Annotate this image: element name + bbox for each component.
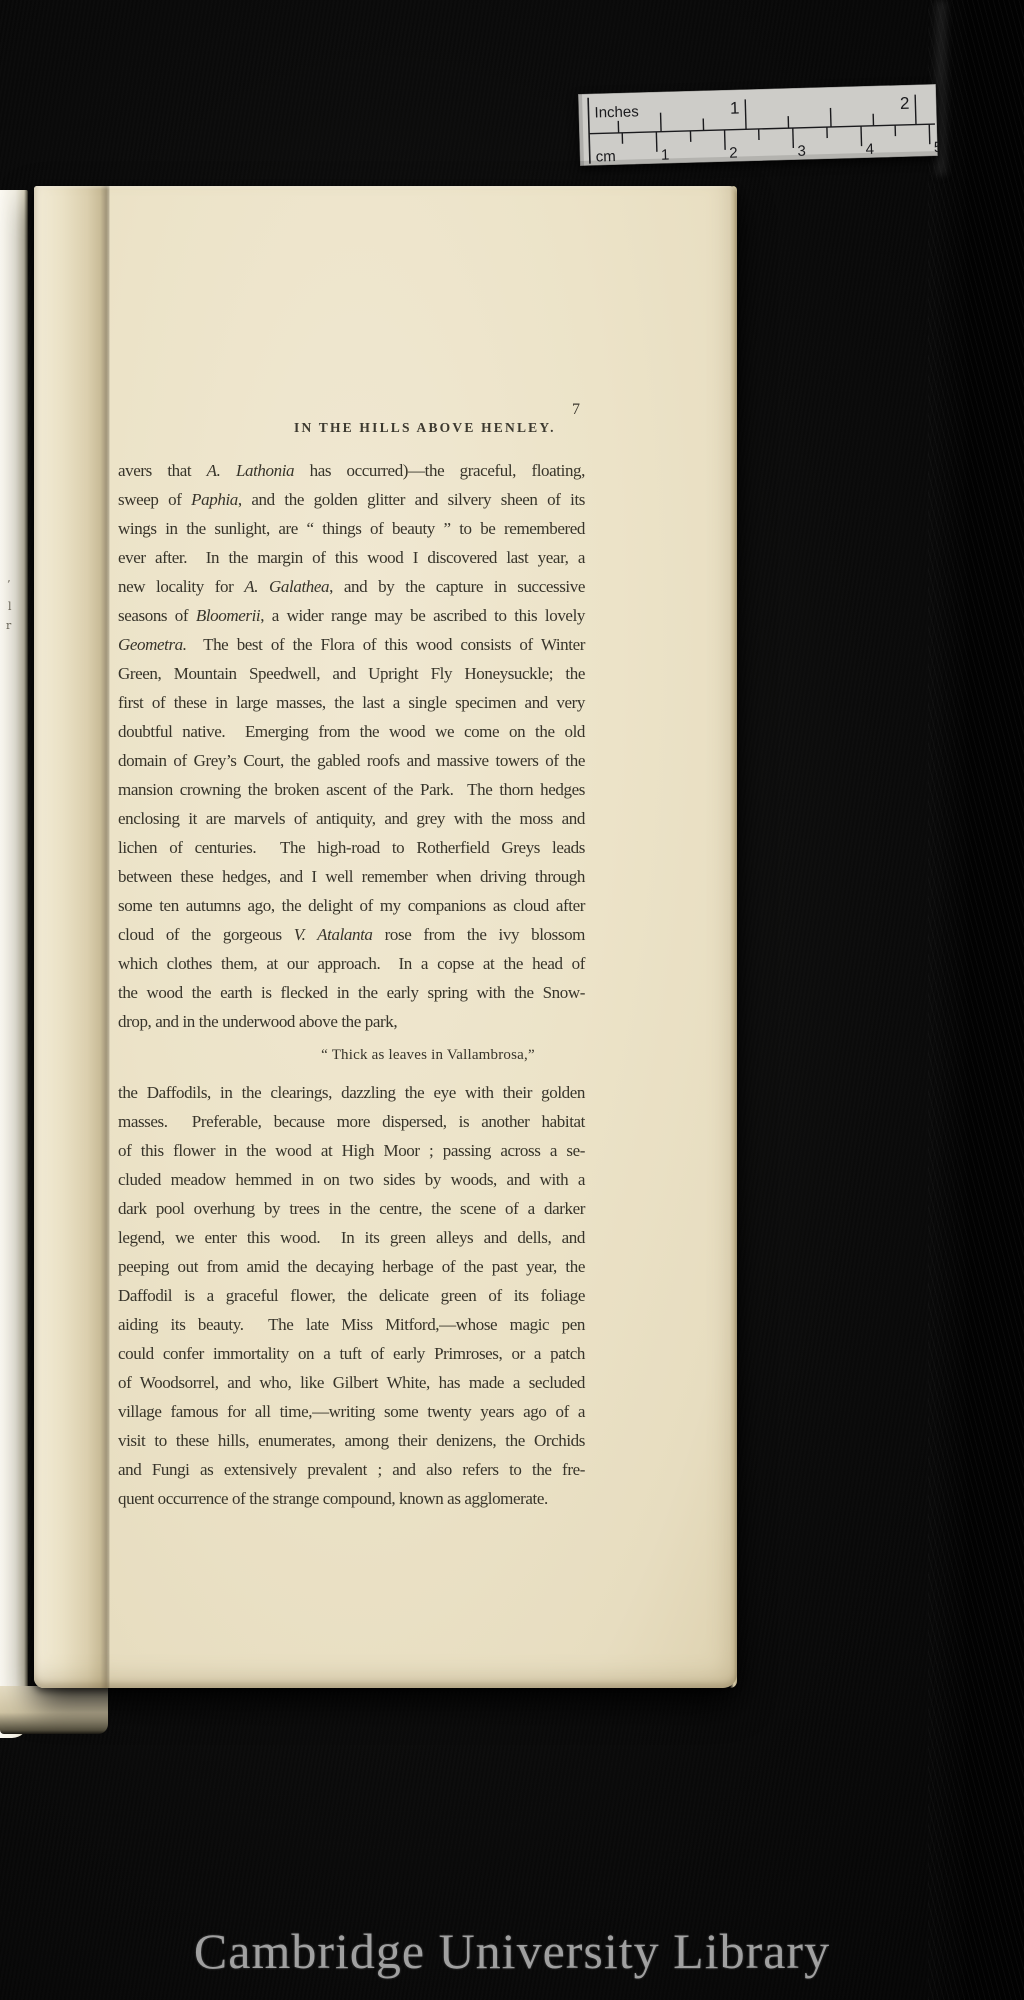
fabric-fold (928, 0, 1024, 2000)
measurement-ruler: 1212345Inchescm (578, 84, 938, 166)
text-line: wings in the sunlight, are “ things of b… (118, 514, 585, 543)
body-text-block-2: the Daffodils, in the clearings, dazzlin… (118, 1078, 585, 1513)
svg-text:1: 1 (661, 146, 670, 163)
running-header: IN THE HILLS ABOVE HENLEY. (294, 420, 556, 436)
text-line: quent occurrence of the strange compound… (118, 1484, 585, 1513)
text-line: cluded meadow hemmed in on two sides by … (118, 1165, 585, 1194)
margin-text-fragment: r (6, 619, 11, 632)
text-line: seasons of Bloomerii, a wider range may … (118, 601, 585, 630)
ruler-scale: 1212345Inchescm (578, 84, 938, 166)
svg-text:5: 5 (934, 139, 938, 156)
text-line: ever after. In the margin of this wood I… (118, 543, 585, 572)
margin-text-fragment: l (8, 600, 12, 613)
text-line: Geometra. The best of the Flora of this … (118, 630, 585, 659)
page-number: 7 (572, 402, 580, 418)
text-line: Green, Mountain Speedwell, and Upright F… (118, 659, 585, 688)
text-line: some ten autumns ago, the delight of my … (118, 891, 585, 920)
text-line: and Fungi as extensively prevalent ; and… (118, 1455, 585, 1484)
page-right-edge (730, 186, 737, 1688)
photo-scene: 1212345Inchescm ’ l r IN THE HILLS ABOVE… (0, 0, 1024, 2000)
text-line: of Woodsorrel, and who, like Gilbert Whi… (118, 1368, 585, 1397)
text-line: lichen of centuries. The high-road to Ro… (118, 833, 585, 862)
text-line: avers that A. Lathonia has occurred)—the… (118, 456, 585, 485)
text-line: visit to these hills, enumerates, among … (118, 1426, 585, 1455)
text-line: dark pool overhung by trees in the centr… (118, 1194, 585, 1223)
text-line: first of these in large masses, the last… (118, 688, 585, 717)
text-line: of this flower in the wood at High Moor … (118, 1136, 585, 1165)
text-line: between these hedges, and I well remembe… (118, 862, 585, 891)
svg-text:cm: cm (596, 148, 616, 166)
text-line: new locality for A. Galathea, and by the… (118, 572, 585, 601)
page-stack-edge (0, 1686, 108, 1734)
svg-text:4: 4 (865, 141, 874, 158)
body-text-block-1: avers that A. Lathonia has occurred)—the… (118, 456, 585, 1036)
library-watermark: Cambridge University Library (0, 1922, 1024, 1980)
text-line: mansion crowning the broken ascent of th… (118, 775, 585, 804)
text-line: legend, we enter this wood. In its green… (118, 1223, 585, 1252)
text-line: masses. Preferable, because more dispers… (118, 1107, 585, 1136)
text-line: domain of Grey’s Court, the gabled roofs… (118, 746, 585, 775)
facing-page-edge: ’ l r (0, 190, 28, 1738)
svg-text:1: 1 (730, 99, 740, 118)
margin-text-fragment: ’ (7, 578, 11, 591)
text-line: enclosing it are marvels of antiquity, a… (118, 804, 585, 833)
svg-text:2: 2 (729, 145, 738, 162)
text-line: drop, and in the underwood above the par… (118, 1007, 585, 1036)
text-line: doubtful native. Emerging from the wood … (118, 717, 585, 746)
text-line: village famous for all time,—writing som… (118, 1397, 585, 1426)
text-line: aiding its beauty. The late Miss Mitford… (118, 1310, 585, 1339)
text-line: the wood the earth is flecked in the ear… (118, 978, 585, 1007)
svg-text:2: 2 (900, 94, 910, 113)
text-line: which clothes them, at our approach. In … (118, 949, 585, 978)
text-line: the Daffodils, in the clearings, dazzlin… (118, 1078, 585, 1107)
text-line: could confer immortality on a tuft of ea… (118, 1339, 585, 1368)
svg-text:3: 3 (797, 143, 806, 160)
svg-text:Inches: Inches (594, 103, 639, 121)
text-line: Daffodil is a graceful flower, the delic… (118, 1281, 585, 1310)
text-line: cloud of the gorgeous V. Atalanta rose f… (118, 920, 585, 949)
verse-quote: “ Thick as leaves in Vallambrosa,” (128, 1043, 728, 1067)
text-line: peeping out from amid the decaying herba… (118, 1252, 585, 1281)
text-line: sweep of Paphia, and the golden glitter … (118, 485, 585, 514)
book-page: IN THE HILLS ABOVE HENLEY. 7 avers that … (34, 186, 737, 1688)
